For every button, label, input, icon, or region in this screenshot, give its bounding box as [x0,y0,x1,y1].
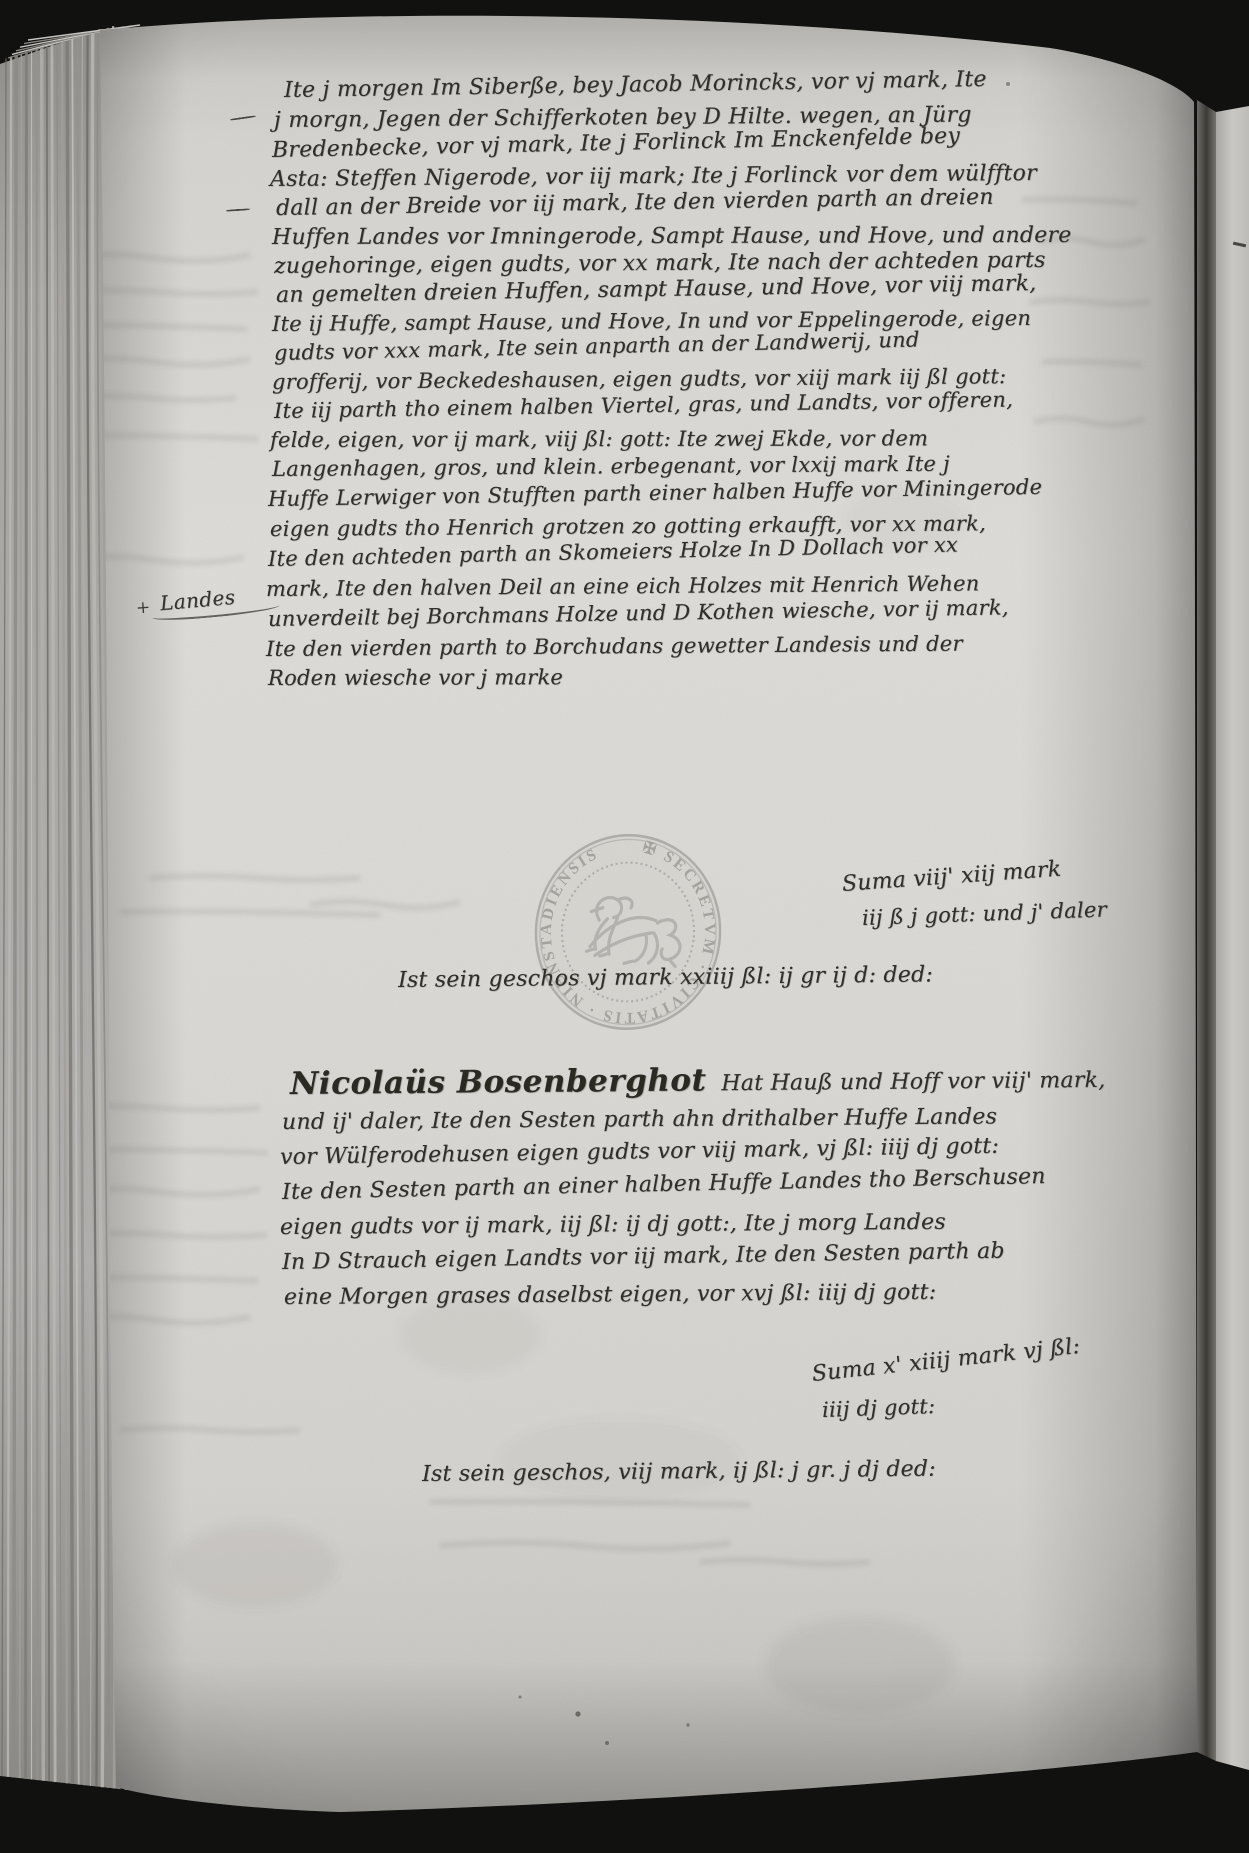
photographed-manuscript: ✠ SECRETVM · CIVITATIS · NIENSTADIENSIS … [0,0,1249,1853]
entry2-heading-rest: Hat Hauß und Hoff vor viij' mark, [721,1068,1105,1096]
plus-mark: + [135,598,151,619]
manuscript-line: felde, eigen, vor ij mark, viij ßl: gott… [270,426,928,452]
manuscript-line: Huffen Landes vor Imningerode, Sampt Hau… [272,223,1072,250]
manuscript-line: Roden wiesche vor j marke [268,665,563,690]
page-gutter [1197,100,1216,1761]
manuscript-line: eigen gudts vor ij mark, iij ßl: ij dj g… [280,1210,946,1240]
manuscript-line: eine Morgen grases daselbst eigen, vor x… [284,1280,937,1310]
entry2-name: Nicolaüs Bosenberghot [290,1062,707,1102]
entry2-heading: Nicolaüs Bosenberghot Hat Hauß und Hoff … [290,1059,1106,1102]
summa-annotation: iiij dj gott: [822,1394,936,1422]
facing-page-edge [1216,106,1249,1770]
